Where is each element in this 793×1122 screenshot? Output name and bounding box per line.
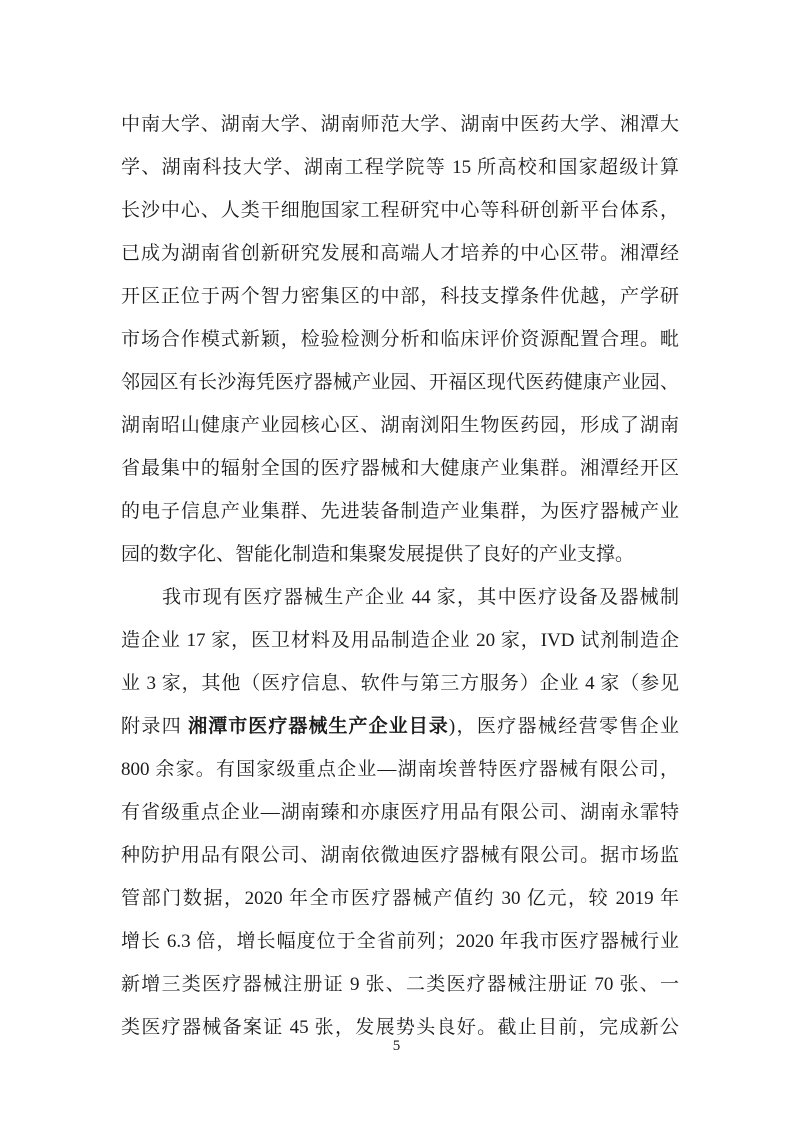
text-run: 附录四 — [121, 716, 188, 737]
text-run: )，医疗器械经营零售企业 — [449, 716, 679, 737]
text-line: 园的数字化、智能化制造和集聚发展提供了良好的产业支撑。 — [121, 533, 679, 576]
text-line: 湖南昭山健康产业园核心区、湖南浏阳生物医药园，形成了湖南 — [121, 404, 679, 447]
text-run: 已成为湖南省创新研究发展和高端人才培养的中心区带。湘潭经 — [121, 243, 679, 264]
text-line: 学、湖南科技大学、湖南工程学院等 15 所高校和国家超级计算 — [121, 146, 679, 189]
text-line: 业 3 家，其他（医疗信息、软件与第三方服务）企业 4 家（参见 — [121, 662, 679, 705]
text-line: 800 余家。有国家级重点企业—湖南埃普特医疗器械有限公司， — [121, 748, 679, 791]
text-run: 园的数字化、智能化制造和集聚发展提供了良好的产业支撑。 — [121, 544, 634, 565]
text-line: 我市现有医疗器械生产企业 44 家，其中医疗设备及器械制 — [121, 576, 679, 619]
text-line: 邻园区有长沙海凭医疗器械产业园、开福区现代医药健康产业园、 — [121, 361, 679, 404]
text-run: 业 3 家，其他（医疗信息、软件与第三方服务）企业 4 家（参见 — [121, 673, 679, 694]
text-line: 长沙中心、人类干细胞国家工程研究中心等科研创新平台体系， — [121, 189, 679, 232]
text-run: 省最集中的辐射全国的医疗器械和大健康产业集群。湘潭经开区 — [121, 458, 679, 479]
text-run: 类医疗器械备案证 45 张，发展势头良好。截止目前，完成新公 — [121, 1017, 679, 1038]
text-line: 附录四 湘潭市医疗器械生产企业目录)，医疗器械经营零售企业 — [121, 705, 679, 748]
document-page: 中南大学、湖南大学、湖南师范大学、湖南中医药大学、湘潭大学、湖南科技大学、湖南工… — [0, 0, 793, 1122]
text-line: 造企业 17 家，医卫材料及用品制造企业 20 家，IVD 试剂制造企 — [121, 619, 679, 662]
text-run: 中南大学、湖南大学、湖南师范大学、湖南中医药大学、湘潭大 — [121, 114, 679, 135]
text-line: 种防护用品有限公司、湖南依微迪医疗器械有限公司。据市场监 — [121, 834, 679, 877]
page-number: 5 — [393, 1038, 401, 1054]
text-line: 有省级重点企业—湖南臻和亦康医疗用品有限公司、湖南永霏特 — [121, 791, 679, 834]
text-run: 的电子信息产业集群、先进装备制造产业集群，为医疗器械产业 — [121, 501, 679, 522]
text-line: 市场合作模式新颖，检验检测分析和临床评价资源配置合理。毗 — [121, 318, 679, 361]
text-line: 开区正位于两个智力密集区的中部，科技支撑条件优越，产学研 — [121, 275, 679, 318]
text-line: 已成为湖南省创新研究发展和高端人才培养的中心区带。湘潭经 — [121, 232, 679, 275]
text-line: 中南大学、湖南大学、湖南师范大学、湖南中医药大学、湘潭大 — [121, 103, 679, 146]
text-run: 邻园区有长沙海凭医疗器械产业园、开福区现代医药健康产业园、 — [121, 372, 679, 393]
text-run: 市场合作模式新颖，检验检测分析和临床评价资源配置合理。毗 — [121, 329, 679, 350]
document-body: 中南大学、湖南大学、湖南师范大学、湖南中医药大学、湘潭大学、湖南科技大学、湖南工… — [121, 103, 679, 1049]
text-run: 管部门数据，2020 年全市医疗器械产值约 30 亿元，较 2019 年 — [121, 888, 679, 909]
paragraph-industry-statistics: 我市现有医疗器械生产企业 44 家，其中医疗设备及器械制造企业 17 家，医卫材… — [121, 576, 679, 1049]
text-run: 学、湖南科技大学、湖南工程学院等 15 所高校和国家超级计算 — [121, 157, 679, 178]
text-run: 新增三类医疗器械注册证 9 张、二类医疗器械注册证 70 张、一 — [121, 974, 679, 995]
text-run: 造企业 17 家，医卫材料及用品制造企业 20 家，IVD 试剂制造企 — [121, 630, 679, 651]
text-run: 增长 6.3 倍，增长幅度位于全省前列；2020 年我市医疗器械行业 — [121, 931, 679, 952]
text-run: 开区正位于两个智力密集区的中部，科技支撑条件优越，产学研 — [121, 286, 679, 307]
text-run: 800 余家。有国家级重点企业—湖南埃普特医疗器械有限公司， — [121, 759, 679, 780]
text-line: 管部门数据，2020 年全市医疗器械产值约 30 亿元，较 2019 年 — [121, 877, 679, 920]
text-run: 有省级重点企业—湖南臻和亦康医疗用品有限公司、湖南永霏特 — [121, 802, 679, 823]
text-line: 增长 6.3 倍，增长幅度位于全省前列；2020 年我市医疗器械行业 — [121, 920, 679, 963]
text-line: 省最集中的辐射全国的医疗器械和大健康产业集群。湘潭经开区 — [121, 447, 679, 490]
bold-text-run: 湘潭市医疗器械生产企业目录 — [188, 716, 449, 737]
text-run: 种防护用品有限公司、湖南依微迪医疗器械有限公司。据市场监 — [121, 845, 679, 866]
text-run: 我市现有医疗器械生产企业 44 家，其中医疗设备及器械制 — [162, 587, 679, 608]
text-run: 长沙中心、人类干细胞国家工程研究中心等科研创新平台体系， — [121, 200, 679, 221]
text-run: 湖南昭山健康产业园核心区、湖南浏阳生物医药园，形成了湖南 — [121, 415, 679, 436]
page-footer: 5 — [0, 1036, 793, 1056]
text-line: 新增三类医疗器械注册证 9 张、二类医疗器械注册证 70 张、一 — [121, 963, 679, 1006]
text-line: 的电子信息产业集群、先进装备制造产业集群，为医疗器械产业 — [121, 490, 679, 533]
paragraph-continued-from-previous-page: 中南大学、湖南大学、湖南师范大学、湖南中医药大学、湘潭大学、湖南科技大学、湖南工… — [121, 103, 679, 576]
